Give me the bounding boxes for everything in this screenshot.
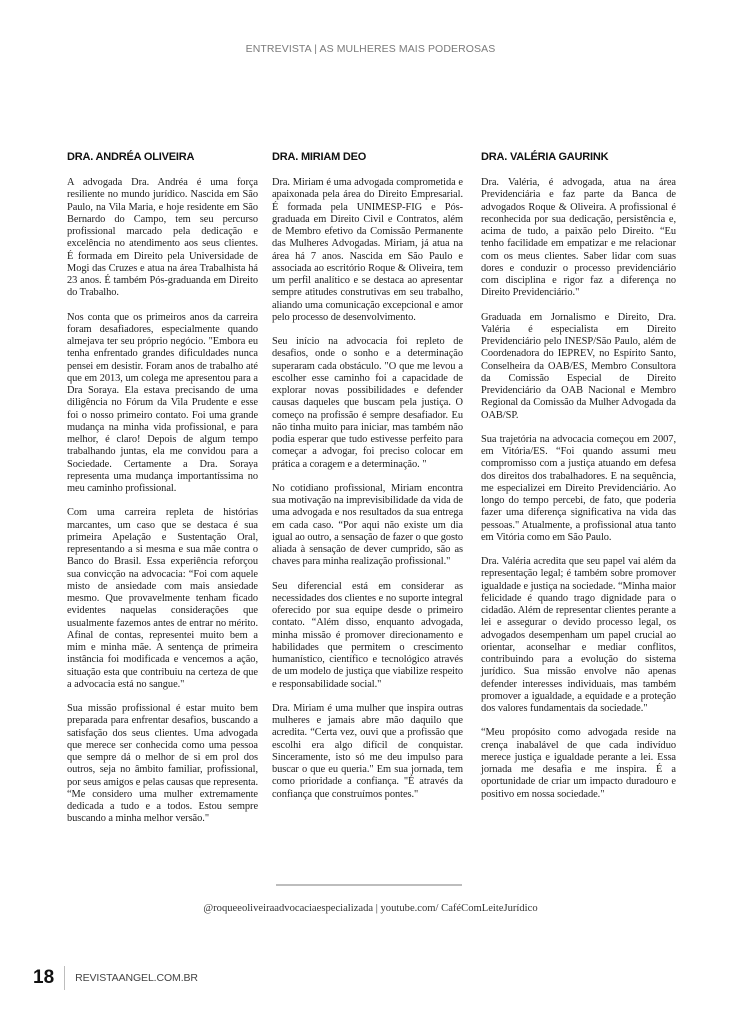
article-paragraph: Sua trajetória na advocacia começou em 2… [481, 434, 676, 544]
article-paragraph: Nos conta que os primeiros anos da carre… [67, 312, 258, 496]
page-number: 18 [33, 967, 64, 989]
article-paragraph: Dra. Miriam é uma advogada comprometida … [272, 177, 463, 324]
article-paragraph: Dra. Valéria acredita que seu papel vai … [481, 556, 676, 715]
page-footer: 18 REVISTAANGEL.COM.BR [33, 966, 198, 990]
article-paragraph: A advogada Dra. Andréa é uma força resil… [67, 177, 258, 300]
article-paragraph: “Meu propósito como advogada reside na c… [481, 727, 676, 801]
article-paragraph: Com uma carreira repleta de histórias ma… [67, 507, 258, 691]
site-url: REVISTAANGEL.COM.BR [75, 972, 198, 984]
social-links: @roqueeoliveiraadvocaciaespecializada | … [0, 903, 741, 914]
article-paragraph: Graduada em Jornalismo e Direito, Dra. V… [481, 312, 676, 422]
profile-column-valeria: DRA. VALÉRIA GAURINK Dra. Valéria, é adv… [481, 151, 676, 813]
profile-title: DRA. ANDRÉA OLIVEIRA [67, 151, 258, 164]
profile-column-andrea: DRA. ANDRÉA OLIVEIRA A advogada Dra. And… [67, 151, 258, 838]
section-header: ENTREVISTA | AS MULHERES MAIS PODEROSAS [0, 43, 741, 55]
article-paragraph: Seu diferencial está em considerar as ne… [272, 581, 463, 691]
footer-divider [64, 966, 65, 990]
article-paragraph: Seu início na advocacia foi repleto de d… [272, 336, 463, 471]
article-paragraph: Dra. Valéria, é advogada, atua na área P… [481, 177, 676, 300]
article-paragraph: Sua missão profissional é estar muito be… [67, 703, 258, 826]
profile-title: DRA. MIRIAM DEO [272, 151, 463, 164]
section-divider [276, 884, 462, 886]
profile-title: DRA. VALÉRIA GAURINK [481, 151, 676, 164]
profile-column-miriam: DRA. MIRIAM DEO Dra. Miriam é uma advoga… [272, 151, 463, 813]
article-paragraph: Dra. Miriam é uma mulher que inspira out… [272, 703, 463, 801]
article-paragraph: No cotidiano profissional, Miriam encont… [272, 483, 463, 569]
